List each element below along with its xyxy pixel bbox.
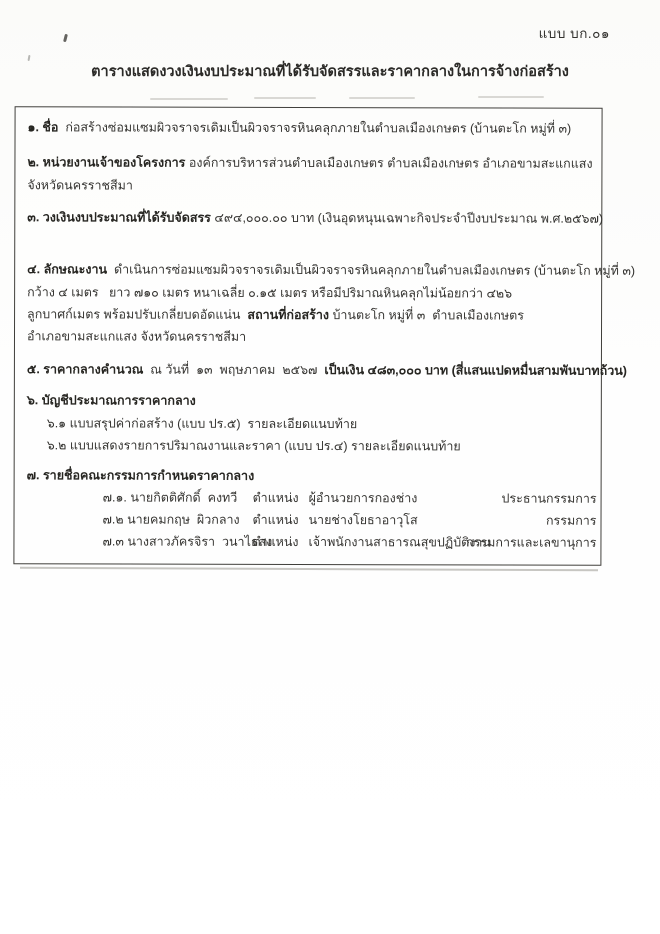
member-role: กรรมการและเลขานุการ: [466, 532, 596, 553]
scan-smudge: [150, 98, 228, 100]
document-table-border: ๑. ชื่อ ก่อสร้างซ่อมแซมผิวจราจรเดิมเป็นผ…: [13, 106, 602, 566]
section-6-item-1: ๖.๑ แบบสรุปค่าก่อสร้าง (แบบ ปร.๕) รายละเ…: [47, 413, 595, 435]
section-5-label: ๕. ราคากลางคำนวณ: [27, 362, 143, 376]
section-4-work-description-line4: อำเภอขามสะแกแสง จังหวัดนครราชสีมา: [27, 326, 595, 348]
member-position: เจ้าพนักงานสาธารณสุขปฏิบัติงาน: [308, 532, 466, 553]
section-3-text: ๔๙๔,๐๐๐.๐๐ บาท (เงินอุดหนุนเฉพาะกิจประจำ…: [211, 211, 603, 226]
member-position-label: ตำแหน่ง: [252, 510, 308, 531]
section-7-heading: ๗. รายชื่อคณะกรรมการกำหนดราคากลาง: [27, 465, 595, 487]
member-position-label: ตำแหน่ง: [252, 532, 308, 553]
section-4-text1: ดำเนินการซ่อมแซมผิวจราจรเดิมเป็นผิวจราจร…: [107, 262, 635, 277]
section-4-work-description-line1: ๔. ลักษณะงาน ดำเนินการซ่อมแซมผิวจราจรเดิ…: [27, 259, 595, 281]
section-6-item-2: ๖.๒ แบบแสดงรายการปริมาณงานและราคา (แบบ ป…: [47, 435, 595, 457]
section-2-agency: ๒. หน่วยงานเจ้าของโครงการ องค์การบริหารส…: [27, 151, 593, 198]
section-5-median-price: ๕. ราคากลางคำนวณ ณ วันที่ ๑๓ พฤษภาคม ๒๕๖…: [27, 359, 595, 381]
section-5-amount: เป็นเงิน ๔๘๓,๐๐๐ บาท (สี่แสนแปดหมื่นสามพ…: [324, 363, 627, 378]
page-title: ตารางแสดงวงเงินงบประมาณที่ได้รับจัดสรรแล…: [10, 60, 650, 83]
member-position: ผู้อำนวยการกองช่าง: [309, 488, 502, 510]
scan-smudge: [349, 97, 415, 99]
committee-member-row: ๗.๑. นายกิตติศักดิ์ คงทวี ตำแหน่ง ผู้อำน…: [27, 487, 597, 509]
member-position-label: ตำแหน่ง: [253, 488, 309, 509]
section-3-label: ๓. วงเงินงบประมาณที่ได้รับจัดสรร: [27, 210, 211, 224]
section-3-budget: ๓. วงเงินงบประมาณที่ได้รับจัดสรร ๔๙๔,๐๐๐…: [27, 207, 595, 229]
section-2-label: ๒. หน่วยงานเจ้าของโครงการ: [27, 155, 185, 169]
member-role: กรรมการ: [546, 511, 597, 532]
section-1-text: ก่อสร้างซ่อมแซมผิวจราจรเดิมเป็นผิวจราจรห…: [58, 120, 571, 135]
section-4-text3-pre: ลูกบาศก์เมตร พร้อมปรับเกลี่ยบดอัดแน่น: [27, 307, 247, 322]
scanned-document-page: แบบ บก.๐๑ ตารางแสดงวงเงินงบประมาณที่ได้ร…: [0, 0, 660, 934]
section-1-label: ๑. ชื่อ: [28, 120, 59, 134]
scan-smudge: [478, 96, 544, 98]
section-4-work-description-line2: กว้าง ๔ เมตร ยาว ๗๑๐ เมตร หนาเฉลี่ย ๐.๑๕…: [27, 282, 595, 304]
member-role: ประธานกรรมการ: [501, 489, 596, 510]
member-name: ๗.๒ นายคมกฤษ ผิวกลาง: [102, 509, 252, 530]
form-code: แบบ บก.๐๑: [539, 22, 610, 44]
scan-smudge: [254, 97, 316, 99]
section-5-date: ณ วันที่ ๑๓ พฤษภาคม ๒๕๖๗: [143, 363, 324, 377]
member-name: ๗.๓ นางสาวภัครจิรา วนาไธสง: [102, 531, 252, 552]
scan-artifact: [63, 34, 68, 42]
section-4-label: ๔. ลักษณะงาน: [27, 262, 107, 276]
section-1-project-name: ๑. ชื่อ ก่อสร้างซ่อมแซมผิวจราจรเดิมเป็นผ…: [28, 117, 596, 139]
section-4-work-description-line3: ลูกบาศก์เมตร พร้อมปรับเกลี่ยบดอัดแน่น สถ…: [27, 304, 595, 326]
committee-member-row: ๗.๓ นางสาวภัครจิรา วนาไธสง ตำแหน่ง เจ้าพ…: [26, 531, 596, 553]
section-6-heading: ๖. บัญชีประมาณการราคากลาง: [27, 390, 595, 412]
member-position: นายช่างโยธาอาวุโส: [308, 510, 546, 532]
member-name: ๗.๑. นายกิตติศักดิ์ คงทวี: [103, 487, 253, 508]
section-4-text3-post: บ้านตะโก หมู่ที่ ๓ ตำบลเมืองเกษตร: [329, 308, 524, 323]
scan-shadow-line: [20, 567, 598, 571]
committee-member-row: ๗.๒ นายคมกฤษ ผิวกลาง ตำแหน่ง นายช่างโยธา…: [26, 509, 596, 531]
section-4-location-label: สถานที่ก่อสร้าง: [247, 308, 329, 322]
